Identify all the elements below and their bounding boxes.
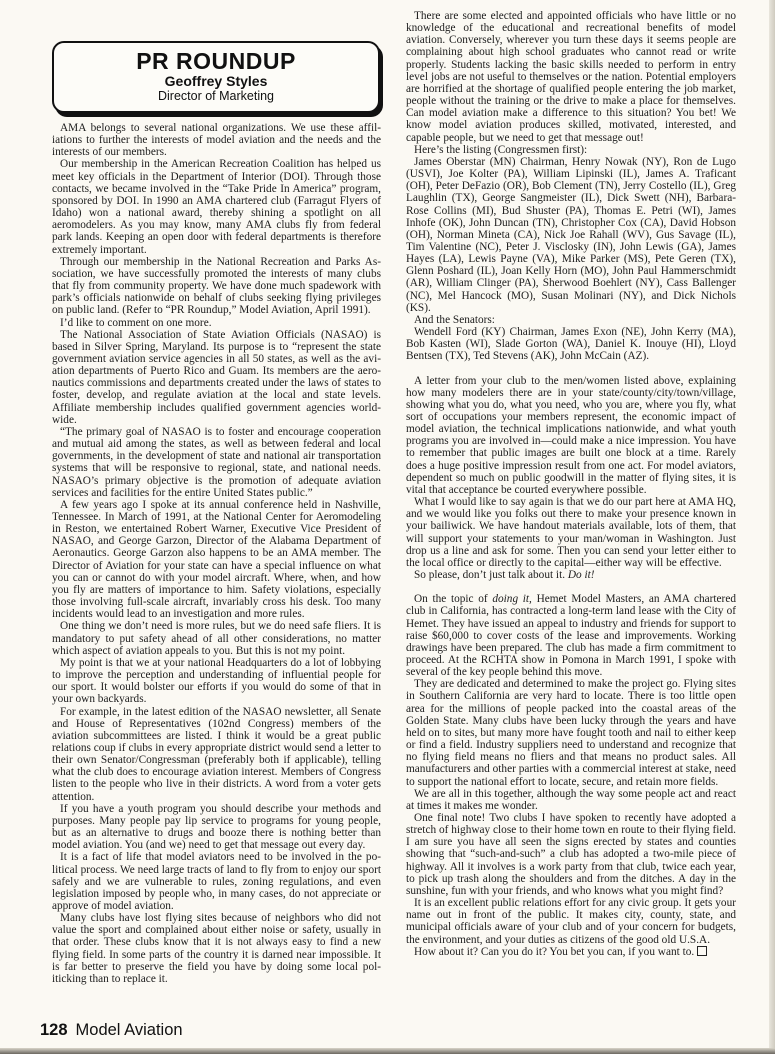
paragraph: Through our membership in the National R… — [52, 256, 381, 317]
paragraph: If you have a youth program you should d… — [52, 803, 381, 852]
paragraph: AMA belongs to several national organiza… — [52, 122, 381, 158]
paragraph-text: Hemet Model Masters, an AMA chartered cl… — [406, 593, 736, 678]
paragraph-text: Through our membership in the National R… — [52, 256, 381, 317]
page-edge — [769, 0, 775, 1054]
paragraph: So please, don’t just talk about it. Do … — [406, 569, 736, 581]
senators-list: Wendell Ford (KY) Chairman, James Exon (… — [406, 326, 736, 362]
paragraph: Here’s the listing (Congressmen first): — [406, 144, 736, 156]
emphasis-text: doing it, — [492, 593, 532, 605]
paragraph: Many clubs have lost flying sites becaus… — [52, 912, 381, 985]
paragraph: One final note! Two clubs I have spoken … — [406, 812, 736, 897]
paragraph: The National Association of State Aviati… — [52, 329, 381, 426]
paragraph-text: So please, don’t just talk about it. — [414, 569, 565, 581]
paragraph: A letter from your club to the men/women… — [406, 375, 736, 497]
page-number: 128 — [40, 1021, 68, 1039]
paragraph: It is an excellent public relations effo… — [406, 897, 736, 946]
column-header-box: PR ROUNDUP Geoffrey Styles Director of M… — [52, 41, 380, 113]
page-footer: 128Model Aviation — [40, 1021, 183, 1040]
left-text-column: AMA belongs to several national organiza… — [52, 122, 381, 985]
paragraph: I’d like to comment on one more. — [52, 317, 381, 329]
paragraph: “The primary goal of NASAO is to foster … — [52, 426, 381, 499]
paragraph: There are some elected and appointed off… — [406, 10, 736, 144]
paragraph: My point is that we at your national Hea… — [52, 657, 381, 706]
author-role: Director of Marketing — [54, 89, 378, 103]
emphasis-text: Do it! — [568, 569, 595, 581]
paragraph: How about it? Can you do it? You bet you… — [406, 946, 736, 958]
paragraph: They are dedicated and determined to mak… — [406, 678, 736, 787]
paragraph: And the Senators: — [406, 314, 736, 326]
paragraph: Our membership in the American Recreatio… — [52, 158, 381, 255]
congressmen-list: James Oberstar (MN) Chairman, Henry Nowa… — [406, 156, 736, 314]
publication-name: Model Aviation — [76, 1021, 183, 1039]
paragraph: For example, in the latest edition of th… — [52, 706, 381, 803]
paragraph: On the topic of doing it, Hemet Model Ma… — [406, 593, 736, 678]
paragraph: What I would like to say again is that w… — [406, 496, 736, 569]
paragraph: A few years ago I spoke at its annual co… — [52, 499, 381, 621]
paragraph: One thing we don’t need is more rules, b… — [52, 620, 381, 656]
paragraph-text: How about it? Can you do it? You bet you… — [414, 946, 694, 958]
paragraph: We are all in this together, although th… — [406, 788, 736, 812]
end-of-article-square-icon — [697, 946, 707, 956]
paragraph: It is a fact of life that model aviators… — [52, 851, 381, 912]
column-title: PR ROUNDUP — [54, 48, 378, 74]
paragraph-text: On the topic of — [414, 593, 488, 605]
page-bottom-shadow — [0, 1048, 775, 1054]
author-name: Geoffrey Styles — [54, 74, 378, 89]
right-text-column: There are some elected and appointed off… — [406, 10, 736, 958]
